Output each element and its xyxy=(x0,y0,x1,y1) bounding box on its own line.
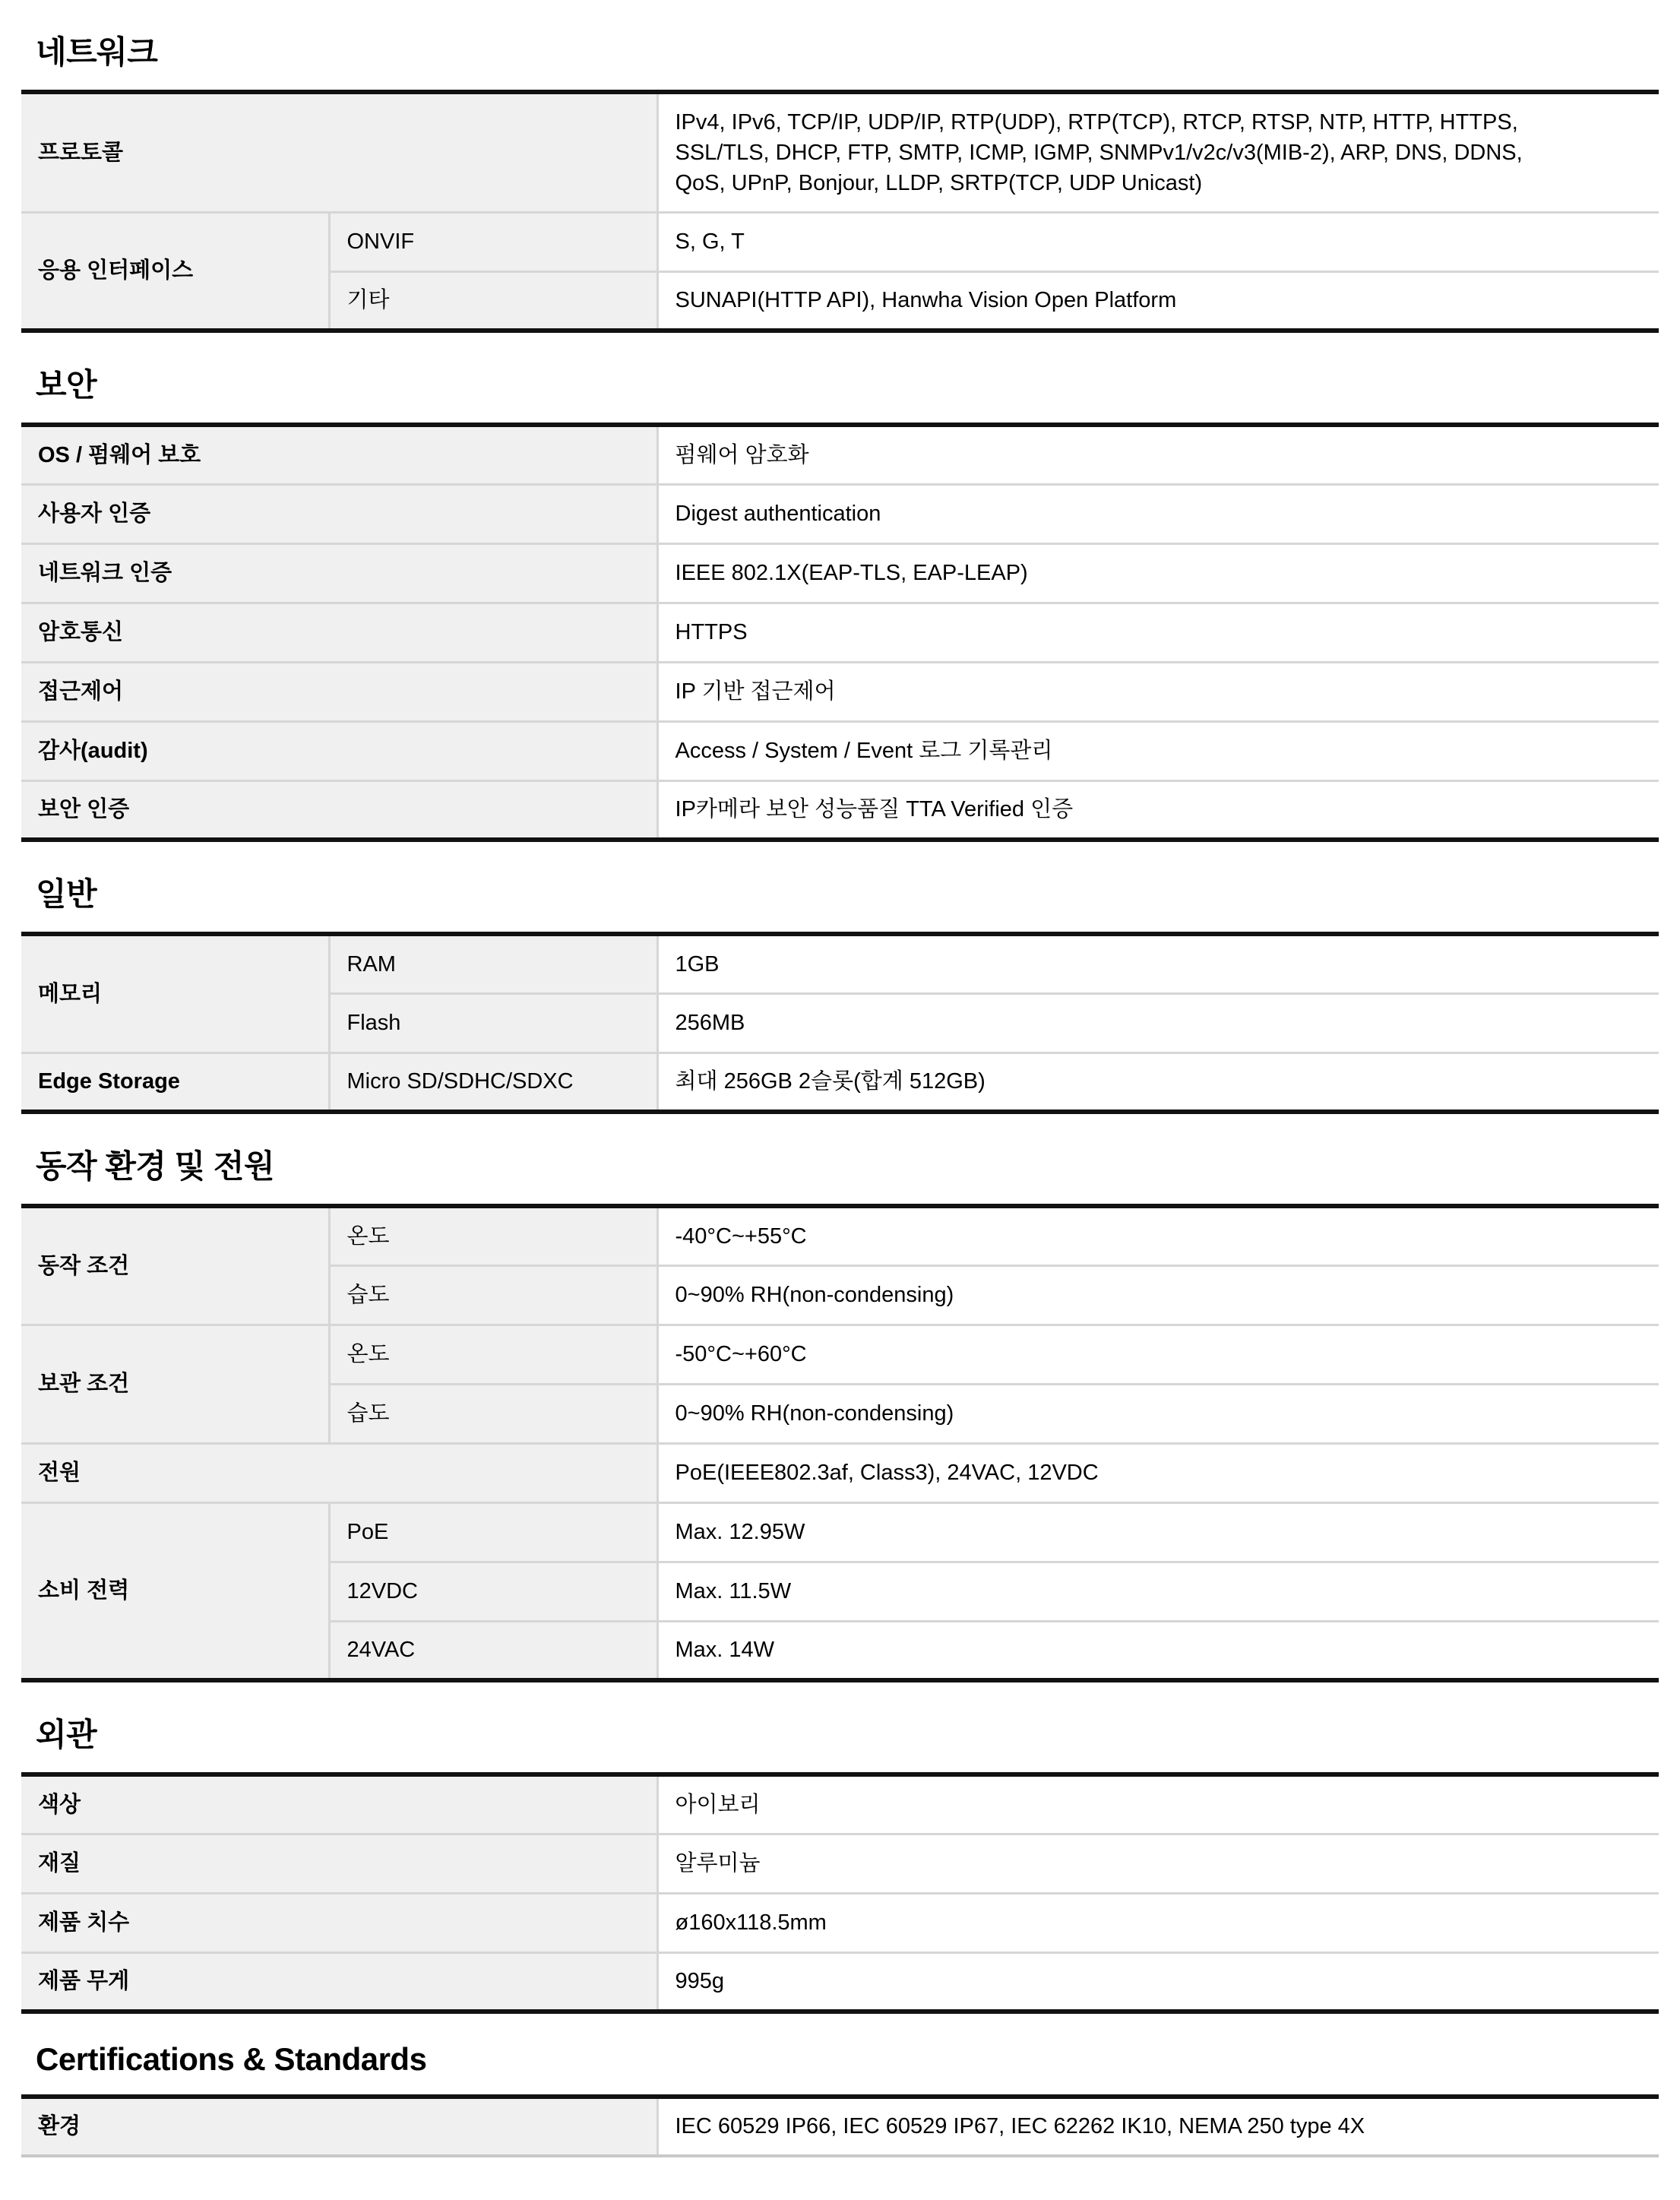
row-label: 감사(audit) xyxy=(21,721,657,780)
spec-table: 프로토콜 IPv4, IPv6, TCP/IP, UDP/IP, RTP(UDP… xyxy=(21,90,1659,333)
row-label: 전원 xyxy=(21,1443,657,1502)
row-value: Max. 12.95W xyxy=(657,1502,1659,1562)
row-label: 소비 전력 xyxy=(21,1502,329,1680)
spec-table: 색상 아이보리 재질 알루미늄 제품 치수 ø160x118.5mm 제품 무게… xyxy=(21,1772,1659,2014)
row-label: 제품 치수 xyxy=(21,1893,657,1952)
section-title: 네트워크 xyxy=(36,27,1659,73)
row-label: 색상 xyxy=(21,1774,657,1834)
row-label: 제품 무게 xyxy=(21,1952,657,2012)
spec-table: 환경 IEC 60529 IP66, IEC 60529 IP67, IEC 6… xyxy=(21,2094,1659,2157)
table-row: 제품 무게 995g xyxy=(21,1952,1659,2012)
table-row: 프로토콜 IPv4, IPv6, TCP/IP, UDP/IP, RTP(UDP… xyxy=(21,92,1659,212)
row-label: 보안 인증 xyxy=(21,780,657,840)
section-title: 동작 환경 및 전원 xyxy=(36,1141,1659,1187)
row-label: Edge Storage xyxy=(21,1053,329,1112)
section-environment-power: 동작 환경 및 전원 동작 조건 온도 -40°C~+55°C 습도 0~90%… xyxy=(21,1141,1659,1682)
row-value: IP카메라 보안 성능품질 TTA Verified 인증 xyxy=(657,780,1659,840)
table-row: 메모리 RAM 1GB xyxy=(21,934,1659,993)
row-sublabel: 온도 xyxy=(329,1325,657,1384)
row-value: HTTPS xyxy=(657,603,1659,662)
table-row: 응용 인터페이스 ONVIF S, G, T xyxy=(21,212,1659,271)
spec-table: 동작 조건 온도 -40°C~+55°C 습도 0~90% RH(non-con… xyxy=(21,1204,1659,1682)
table-row: Edge Storage Micro SD/SDHC/SDXC 최대 256GB… xyxy=(21,1053,1659,1112)
row-label: 보관 조건 xyxy=(21,1325,329,1443)
table-row: 암호통신 HTTPS xyxy=(21,603,1659,662)
row-value: 0~90% RH(non-condensing) xyxy=(657,1265,1659,1325)
spec-sheet: 네트워크 프로토콜 IPv4, IPv6, TCP/IP, UDP/IP, RT… xyxy=(0,0,1680,2200)
row-sublabel: PoE xyxy=(329,1502,657,1562)
row-value: ø160x118.5mm xyxy=(657,1893,1659,1952)
row-value: -40°C~+55°C xyxy=(657,1206,1659,1265)
table-row: 제품 치수 ø160x118.5mm xyxy=(21,1893,1659,1952)
section-appearance: 외관 색상 아이보리 재질 알루미늄 제품 치수 ø160x118.5mm 제품… xyxy=(21,1710,1659,2014)
spec-table: 메모리 RAM 1GB Flash 256MB Edge Storage Mic… xyxy=(21,932,1659,1114)
row-value: IEC 60529 IP66, IEC 60529 IP67, IEC 6226… xyxy=(657,2097,1659,2156)
table-row: OS / 펌웨어 보호 펌웨어 암호화 xyxy=(21,425,1659,484)
row-sublabel: Flash xyxy=(329,993,657,1053)
table-row: 보안 인증 IP카메라 보안 성능품질 TTA Verified 인증 xyxy=(21,780,1659,840)
row-value: 0~90% RH(non-condensing) xyxy=(657,1384,1659,1443)
row-value: -50°C~+60°C xyxy=(657,1325,1659,1384)
row-sublabel: 습도 xyxy=(329,1384,657,1443)
row-value: Max. 11.5W xyxy=(657,1562,1659,1621)
section-network: 네트워크 프로토콜 IPv4, IPv6, TCP/IP, UDP/IP, RT… xyxy=(21,27,1659,333)
row-value: IP 기반 접근제어 xyxy=(657,662,1659,721)
row-value: 알루미늄 xyxy=(657,1834,1659,1893)
row-label: 접근제어 xyxy=(21,662,657,721)
row-label: 암호통신 xyxy=(21,603,657,662)
row-value: 995g xyxy=(657,1952,1659,2012)
table-row: 사용자 인증 Digest authentication xyxy=(21,484,1659,543)
table-row: 네트워크 인증 IEEE 802.1X(EAP-TLS, EAP-LEAP) xyxy=(21,543,1659,603)
section-title: Certifications & Standards xyxy=(36,2041,1659,2078)
table-row: 보관 조건 온도 -50°C~+60°C xyxy=(21,1325,1659,1384)
row-sublabel: 24VAC xyxy=(329,1621,657,1680)
row-sublabel: 기타 xyxy=(329,271,657,331)
row-value: 아이보리 xyxy=(657,1774,1659,1834)
row-value: Digest authentication xyxy=(657,484,1659,543)
row-value: 256MB xyxy=(657,993,1659,1053)
row-value: 1GB xyxy=(657,934,1659,993)
spec-table: OS / 펌웨어 보호 펌웨어 암호화 사용자 인증 Digest authen… xyxy=(21,423,1659,842)
row-label: 사용자 인증 xyxy=(21,484,657,543)
row-label: 재질 xyxy=(21,1834,657,1893)
row-label: 프로토콜 xyxy=(21,92,657,212)
row-value: 최대 256GB 2슬롯(합계 512GB) xyxy=(657,1053,1659,1112)
row-label: OS / 펌웨어 보호 xyxy=(21,425,657,484)
row-label: 동작 조건 xyxy=(21,1206,329,1325)
table-row: 전원 PoE(IEEE802.3af, Class3), 24VAC, 12VD… xyxy=(21,1443,1659,1502)
row-value: S, G, T xyxy=(657,212,1659,271)
section-security: 보안 OS / 펌웨어 보호 펌웨어 암호화 사용자 인증 Digest aut… xyxy=(21,360,1659,842)
row-value: SUNAPI(HTTP API), Hanwha Vision Open Pla… xyxy=(657,271,1659,331)
section-title: 외관 xyxy=(36,1710,1659,1755)
row-sublabel: ONVIF xyxy=(329,212,657,271)
row-label: 환경 xyxy=(21,2097,657,2156)
table-row: 동작 조건 온도 -40°C~+55°C xyxy=(21,1206,1659,1265)
row-sublabel: 습도 xyxy=(329,1265,657,1325)
row-sublabel: 12VDC xyxy=(329,1562,657,1621)
row-value: Max. 14W xyxy=(657,1621,1659,1680)
row-label: 응용 인터페이스 xyxy=(21,212,329,331)
row-label: 네트워크 인증 xyxy=(21,543,657,603)
row-value: IEEE 802.1X(EAP-TLS, EAP-LEAP) xyxy=(657,543,1659,603)
section-certifications: Certifications & Standards 환경 IEC 60529 … xyxy=(21,2041,1659,2157)
section-general: 일반 메모리 RAM 1GB Flash 256MB Edge Storage … xyxy=(21,869,1659,1114)
table-row: 접근제어 IP 기반 접근제어 xyxy=(21,662,1659,721)
row-value: IPv4, IPv6, TCP/IP, UDP/IP, RTP(UDP), RT… xyxy=(657,92,1659,212)
row-sublabel: 온도 xyxy=(329,1206,657,1265)
row-sublabel: RAM xyxy=(329,934,657,993)
table-row: 환경 IEC 60529 IP66, IEC 60529 IP67, IEC 6… xyxy=(21,2097,1659,2156)
row-sublabel: Micro SD/SDHC/SDXC xyxy=(329,1053,657,1112)
table-row: 감사(audit) Access / System / Event 로그 기록관… xyxy=(21,721,1659,780)
row-value: PoE(IEEE802.3af, Class3), 24VAC, 12VDC xyxy=(657,1443,1659,1502)
row-label: 메모리 xyxy=(21,934,329,1053)
table-row: 색상 아이보리 xyxy=(21,1774,1659,1834)
table-row: 소비 전력 PoE Max. 12.95W xyxy=(21,1502,1659,1562)
row-value: 펌웨어 암호화 xyxy=(657,425,1659,484)
section-title: 보안 xyxy=(36,360,1659,406)
row-value: Access / System / Event 로그 기록관리 xyxy=(657,721,1659,780)
section-title: 일반 xyxy=(36,869,1659,915)
table-row: 재질 알루미늄 xyxy=(21,1834,1659,1893)
